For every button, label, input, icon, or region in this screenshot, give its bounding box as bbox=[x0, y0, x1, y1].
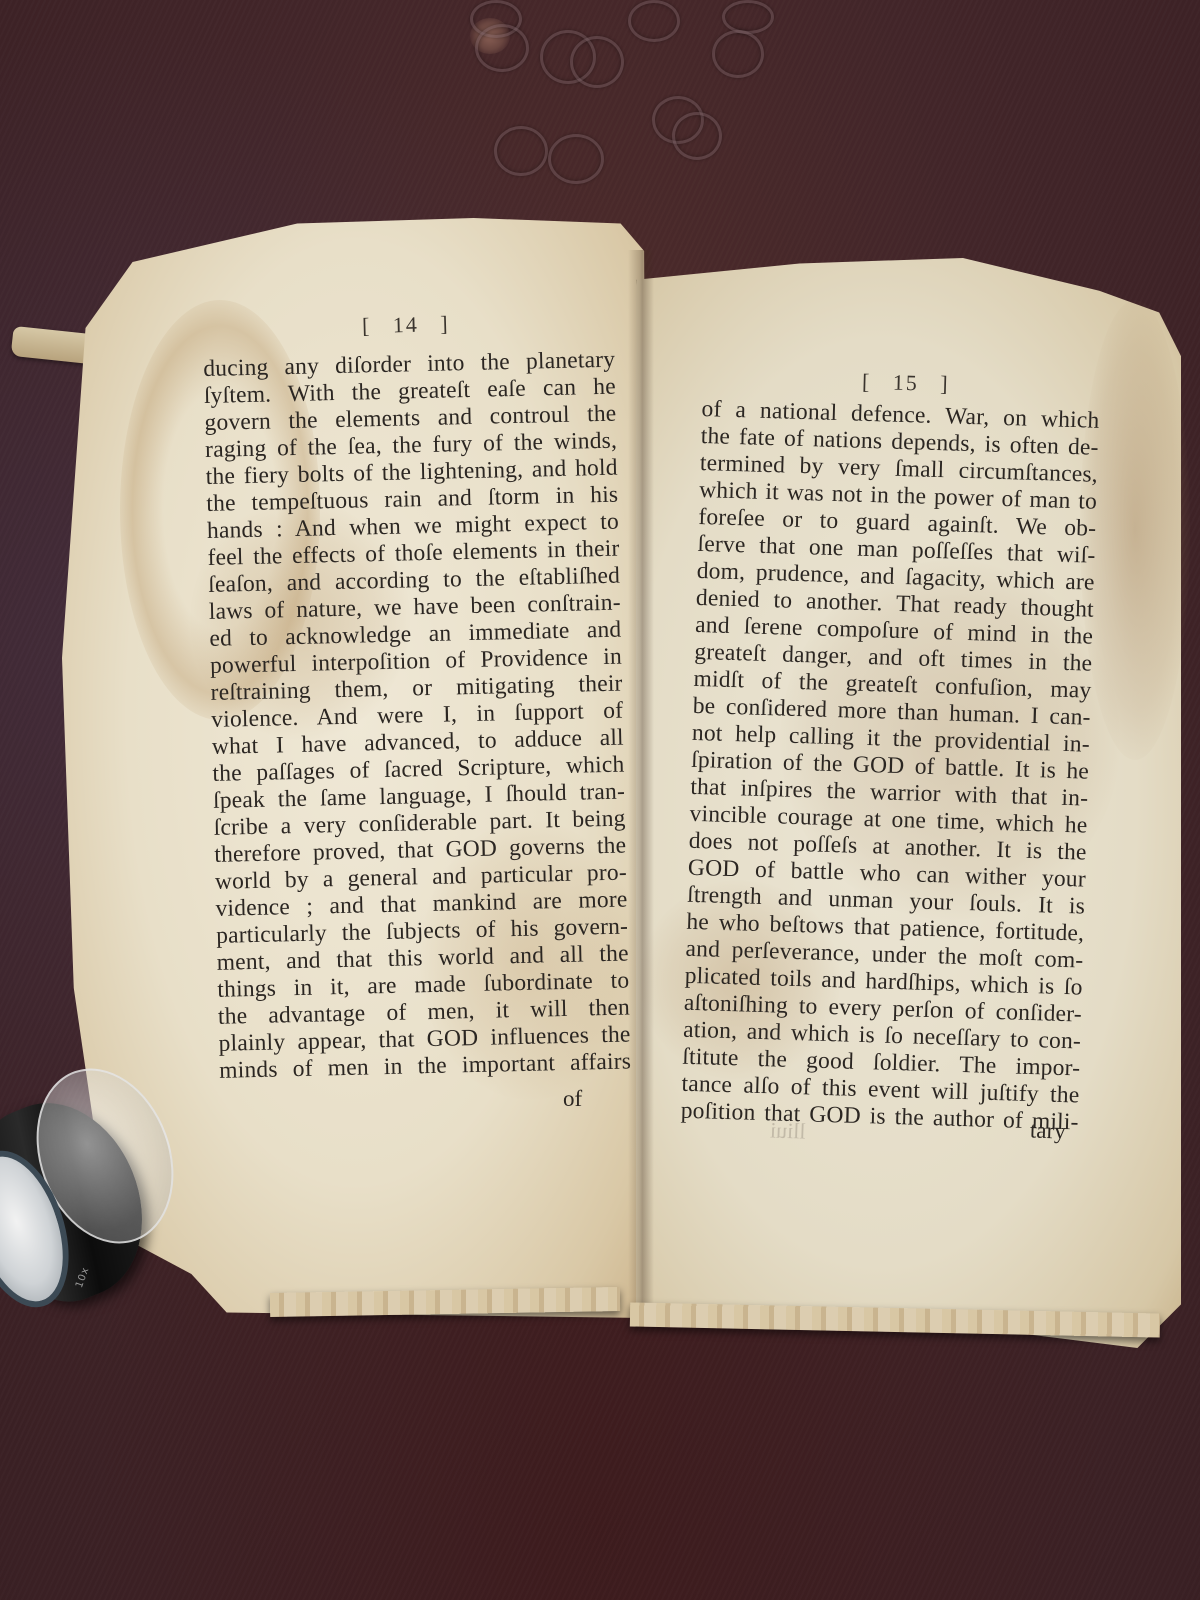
book-gutter bbox=[628, 250, 654, 1310]
catchword-right: tary bbox=[1030, 1117, 1067, 1144]
leather-ring-mark bbox=[672, 112, 722, 160]
left-page-text: ducing any diſorder into the planetary ſ… bbox=[203, 347, 631, 1085]
magnifier-loupe-icon: 10x bbox=[0, 1060, 190, 1320]
leather-ring-mark bbox=[494, 126, 548, 176]
photo-scene: [ 14 ] [ 15 ] ducing any diſorder into t… bbox=[0, 0, 1200, 1600]
leather-ring-mark bbox=[475, 24, 529, 72]
leather-ring-mark bbox=[548, 134, 604, 184]
leather-ring-mark bbox=[628, 0, 680, 42]
catchword-left: of bbox=[563, 1086, 582, 1112]
page-number-right: [ 15 ] bbox=[862, 369, 950, 397]
page-number-left: [ 14 ] bbox=[362, 311, 450, 339]
bleed-through-text: lliui bbox=[770, 1117, 806, 1144]
leather-ring-mark bbox=[570, 36, 624, 88]
leather-ring-mark bbox=[722, 0, 774, 34]
right-page-text: of a national defence. War, on which the… bbox=[680, 396, 1099, 1136]
leather-ring-mark bbox=[712, 30, 764, 78]
